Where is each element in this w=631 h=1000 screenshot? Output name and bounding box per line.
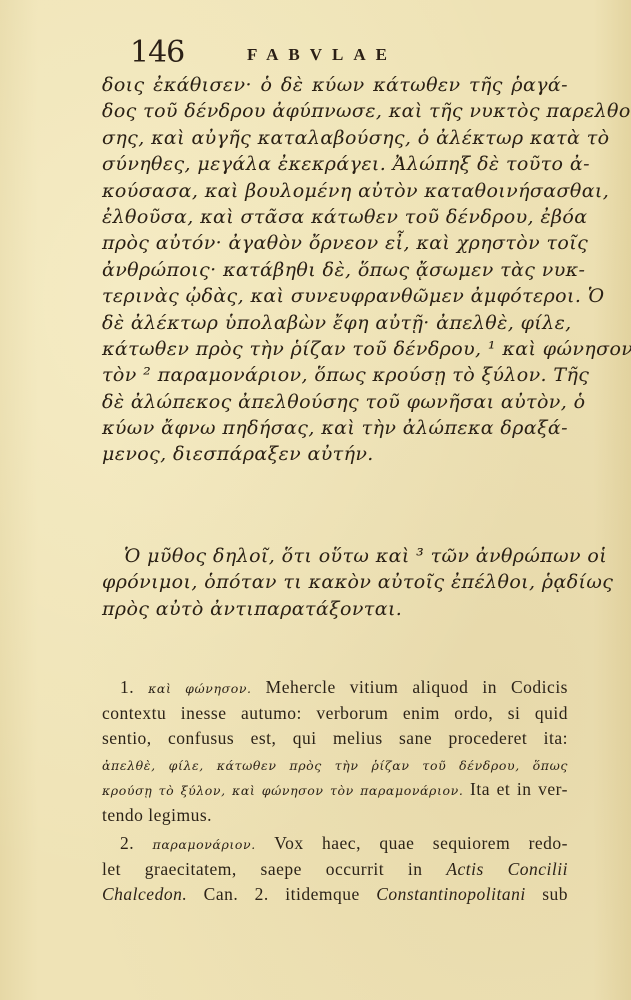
- footnote-text: Mehercle vitium aliquod in Codicis: [266, 677, 568, 697]
- fable-moral: Ὁ μῦθος δηλοῖ, ὅτι οὕτω καὶ ³ τῶν ἀνθρώπ…: [102, 543, 568, 622]
- footnote-1-line: sentio, confusus est, qui melius sane pr…: [102, 726, 568, 752]
- fable-line: κάτωθεν πρὸς τὴν ῥίζαν τοῦ δένδρου, ¹ κα…: [102, 336, 568, 362]
- fable-line: σης, καὶ αὐγῆς καταλαβούσης, ὁ ἀλέκτωρ κ…: [102, 125, 568, 151]
- fable-line: δὲ ἀλέκτωρ ὑπολαβὼν ἔφη αὐτῇ· ἀπελθὲ, φί…: [102, 310, 568, 336]
- footnote-2-line: Chalcedon. Can. 2. itidemque Constantino…: [102, 882, 568, 908]
- fable-line: δὲ ἀλώπεκος ἀπελθούσης τοῦ φωνῆσαι αὐτὸν…: [102, 389, 568, 415]
- fable-line: δοις ἐκάθισεν· ὁ δὲ κύων κάτωθεν τῆς ῥαγ…: [102, 72, 568, 98]
- footnote-text: Vox haec, quae sequiorem redo-: [274, 833, 568, 853]
- page-number: 146: [130, 36, 184, 70]
- footnote-text: sub: [542, 884, 568, 904]
- fable-line: δος τοῦ δένδρου ἀφύπνωσε, καὶ τῆς νυκτὸς…: [102, 98, 568, 124]
- fable-text: δοις ἐκάθισεν· ὁ δὲ κύων κάτωθεν τῆς ῥαγ…: [102, 72, 568, 468]
- footnote-1-line: 1. καὶ φώνησον. Mehercle vitium aliquod …: [102, 675, 568, 701]
- footnotes: 1. καὶ φώνησον. Mehercle vitium aliquod …: [102, 675, 568, 908]
- footnote-citation: Chalcedon.: [102, 884, 187, 904]
- footnote-2-line: let graecitatem, saepe occurrit in Actis…: [102, 857, 568, 883]
- footnote-lemma: καὶ φώνησον.: [148, 681, 252, 696]
- fable-line: μενος, διεσπάραξεν αὐτήν.: [102, 441, 568, 467]
- footnote-number: 1.: [120, 677, 134, 697]
- footnote-1-line: contextu inesse autumo: verborum enim or…: [102, 701, 568, 727]
- footnote-2-line: 2. παραμονάριον. Vox haec, quae sequiore…: [102, 831, 568, 857]
- fable-line: ἀνθρώποις· κατάβηθι δὲ, ὅπως ᾄσωμεν τὰς …: [102, 257, 568, 283]
- footnote-number: 2.: [120, 833, 134, 853]
- footnote-text: Can. 2. itidemque: [204, 884, 360, 904]
- fable-line: σύνηθες, μεγάλα ἐκεκράγει. Ἀλώπηξ δὲ τοῦ…: [102, 151, 568, 177]
- moral-line: πρὸς αὐτὸ ἀντιπαρατάξονται.: [102, 596, 568, 622]
- running-title: FABVLAE: [247, 45, 397, 65]
- fable-line: κούσασα, καὶ βουλομένη αὐτὸν καταθοινήσα…: [102, 178, 568, 204]
- fable-line: πρὸς αὐτόν· ἀγαθὸν ὄρνεον εἶ, καὶ χρηστὸ…: [102, 230, 568, 256]
- footnote-1-line: tendo legimus.: [102, 803, 568, 829]
- footnote-text: let graecitatem, saepe occurrit in: [102, 859, 423, 879]
- fable-line: κύων ἄφνω πηδήσας, καὶ τὴν ἀλώπεκα δραξά…: [102, 415, 568, 441]
- footnote-citation: Actis Concilii: [446, 859, 568, 879]
- footnote-greek: ἀπελθὲ, φίλε, κάτωθεν πρὸς τὴν ῥίζαν τοῦ…: [102, 758, 568, 773]
- footnote-lemma: παραμονάριον.: [153, 837, 256, 852]
- footnote-greek: κρούσῃ τὸ ξύλον, καὶ φώνησον τὸν παραμον…: [102, 783, 463, 798]
- fable-line: τὸν ² παραμονάριον, ὅπως κρούσῃ τὸ ξύλον…: [102, 362, 568, 388]
- footnote-1-line: κρούσῃ τὸ ξύλον, καὶ φώνησον τὸν παραμον…: [102, 777, 568, 803]
- footnote-1-line: ἀπελθὲ, φίλε, κάτωθεν πρὸς τὴν ῥίζαν τοῦ…: [102, 752, 568, 778]
- footnote-text: Ita et in ver-: [470, 779, 568, 799]
- footnote-citation: Constantinopolitani: [376, 884, 526, 904]
- moral-line: φρόνιμοι, ὁπόταν τι κακὸν αὐτοῖς ἐπέλθοι…: [102, 569, 568, 595]
- fable-line: ἐλθοῦσα, καὶ στᾶσα κάτωθεν τοῦ δένδρου, …: [102, 204, 568, 230]
- page-header: 146 FABVLAE: [130, 36, 560, 70]
- fable-line: τερινὰς ᾠδὰς, καὶ συνευφρανθῶμεν ἀμφότερ…: [102, 283, 568, 309]
- moral-line: Ὁ μῦθος δηλοῖ, ὅτι οὕτω καὶ ³ τῶν ἀνθρώπ…: [102, 543, 568, 569]
- book-page: 146 FABVLAE δοις ἐκάθισεν· ὁ δὲ κύων κάτ…: [0, 0, 631, 1000]
